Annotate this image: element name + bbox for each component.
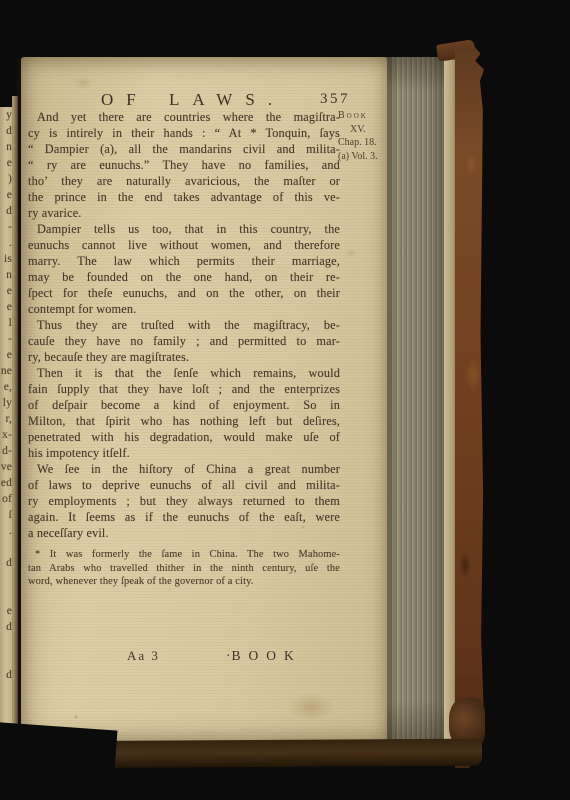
running-title: OF LAWS. (101, 90, 285, 110)
text-line: contempt for women. (28, 301, 340, 317)
paragraph: We ſee in the hiſtory of China a great n… (28, 461, 340, 541)
paragraph: Dampier tells us too, that in this count… (28, 221, 340, 317)
text-line: ſpect for theſe eunuchs, and on the othe… (28, 285, 340, 301)
text-line: eunuchs cannot live without women, and t… (28, 237, 340, 253)
paragraph: Then it is that the ſenſe which remains,… (28, 365, 340, 461)
text-line: * It was formerly the ſame in China. The… (28, 548, 340, 562)
text-line: Dampier tells us too, that in this count… (28, 221, 340, 237)
text-line: word, whenever they ſpeak of the governo… (28, 575, 340, 589)
text-line: of laws to deprive eunuchs of all civil … (28, 477, 340, 493)
text-line: Thus they are truſted with the magiſtrac… (28, 317, 340, 333)
margin-note-book: Book (338, 109, 390, 123)
text-column: And yet there are countries where the ma… (28, 109, 340, 589)
catchword-text: BOOK (232, 648, 302, 663)
text-line: cauſe they have no family ; and permitte… (28, 333, 340, 349)
text-line: his impotency itſelf. (28, 445, 340, 461)
margin-note-book-number: XV. (338, 123, 390, 137)
signature-mark: Aa 3 (127, 648, 160, 664)
leather-cover-right (455, 45, 484, 768)
text-line: And yet there are countries where the ma… (28, 109, 340, 125)
book-page: OF LAWS. 357 Book XV. Chap. 18. (a) Vol.… (21, 57, 387, 742)
text-line: a neceſſary evil. (28, 525, 340, 541)
signature-row: Aa 3 ·BOOK (21, 648, 387, 668)
text-line: ry, becauſe they are magiſtrates. (28, 349, 340, 365)
text-line: “ Dampier (a), all the mandarins civil a… (28, 141, 340, 157)
text-line: tan Arabs who travelled thither in the n… (28, 562, 340, 576)
footnote: * It was formerly the ſame in China. The… (28, 548, 340, 589)
text-line: ry avarice. (28, 205, 340, 221)
page-block-edge (444, 59, 456, 756)
text-line: ry employments ; but they always returne… (28, 493, 340, 509)
page-number: 357 (320, 91, 350, 108)
text-line: penetrated with his degradation, would m… (28, 429, 340, 445)
text-line: cy is intirely in their hands : “ At * T… (28, 125, 340, 141)
text-line: may be founded on the one hand, on their… (28, 269, 340, 285)
book-fore-edge (387, 57, 444, 756)
text-line: again. It ſeems as if the eunuchs of the… (28, 509, 340, 525)
text-line: fain ſupply that they have loſt ; and th… (28, 381, 340, 397)
catchword: ·BOOK (226, 648, 302, 664)
text-line: of deſpair become a kind of enjoyment. S… (28, 397, 340, 413)
bottom-left-shadow (0, 722, 117, 777)
paragraph: Thus they are truſted with the magiſtrac… (28, 317, 340, 365)
text-line: tho’ they are naturally avaricious, the … (28, 173, 340, 189)
text-line: the prince in the end takes advantage of… (28, 189, 340, 205)
catchword-dot: · (226, 648, 231, 663)
paragraph: And yet there are countries where the ma… (28, 109, 340, 221)
text-line: Milton, that ſpirit who has nothing left… (28, 413, 340, 429)
text-line: “ ry are eunuchs.” They have no families… (28, 157, 340, 173)
book-scan-photo: ydne)ed-.isneel-enee,lyr,x-d-veedofſ.ded… (0, 0, 570, 800)
margin-note-reference: (a) Vol. 3. (338, 150, 390, 164)
text-line: Then it is that the ſenſe which remains,… (28, 365, 340, 381)
margin-notes: Book XV. Chap. 18. (a) Vol. 3. (338, 109, 390, 163)
text-line: marry. The law which permits their marri… (28, 253, 340, 269)
margin-note-chapter: Chap. 18. (338, 136, 390, 150)
text-line: We ſee in the hiſtory of China a great n… (28, 461, 340, 477)
